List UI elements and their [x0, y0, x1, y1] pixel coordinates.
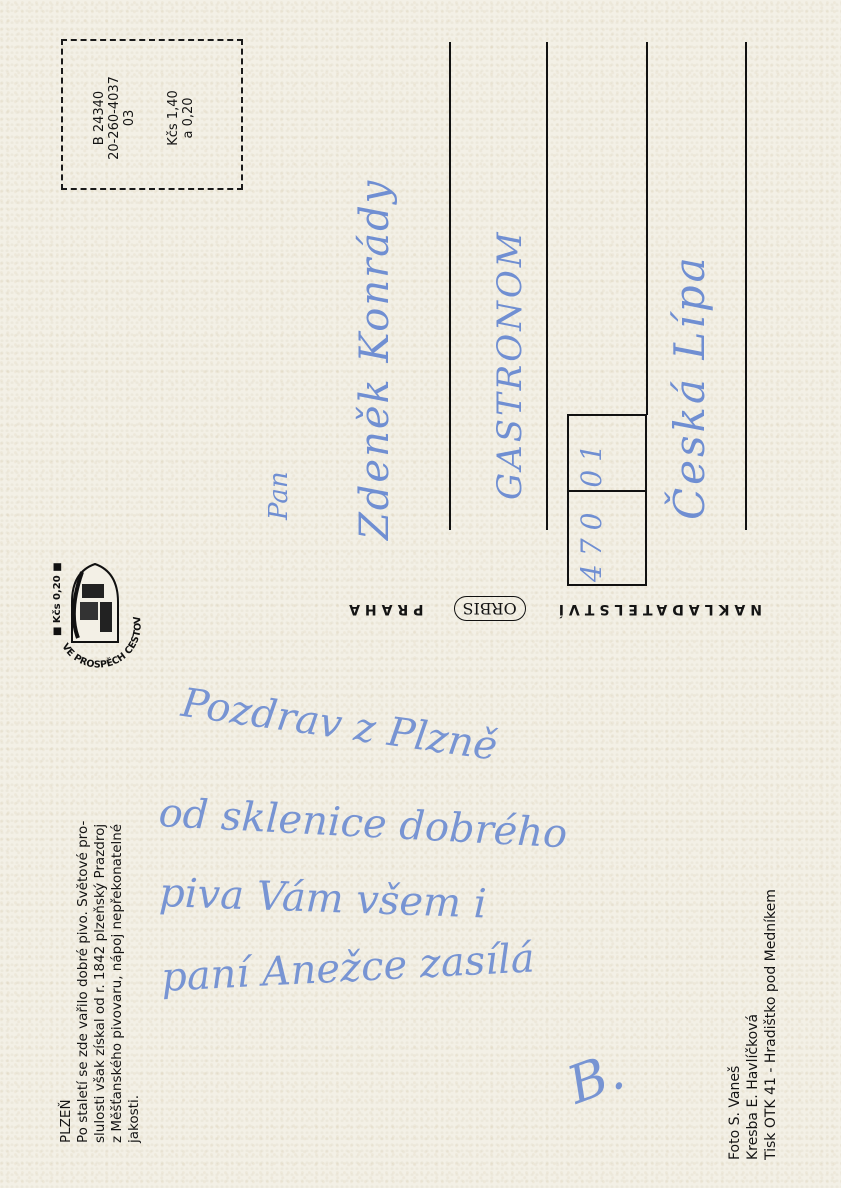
description-line: Po staletí se zde vařilo dobré pivo. Svě… — [75, 821, 92, 1143]
stamp-placeholder-box — [61, 39, 243, 190]
credit-line: Kresba E. Havlíčková — [744, 889, 762, 1160]
publisher-imprint: NAKLADATELSTVÍ ORBIS PRAHA — [282, 593, 762, 625]
address-line-1 — [449, 42, 451, 530]
handwritten-signature: B. — [560, 1041, 632, 1116]
publisher-city: PRAHA — [344, 601, 423, 617]
handwritten-recipient-name: Zdeněk Konrády — [352, 179, 398, 540]
catalog-line: B 24340 — [92, 58, 107, 178]
orbis-logo: ORBIS — [454, 597, 526, 622]
stamp-price-info: Kčs 1,40 a 0,20 — [166, 68, 196, 168]
postcard-description: PLZEŇ Po staletí se zde vařilo dobré piv… — [58, 821, 143, 1143]
credit-line: Foto S. Vaneš — [726, 889, 744, 1160]
address-line-3 — [646, 42, 648, 415]
address-line-2 — [546, 42, 548, 530]
handwritten-message-line: od sklenice dobrého — [158, 790, 569, 857]
handwritten-recipient-title: Pan — [264, 471, 294, 520]
catalog-line: 20-260-4037 — [107, 58, 122, 178]
handwritten-organization: GASTRONOM — [490, 229, 530, 500]
credit-line: Tisk OTK 41 - Hradištko pod Medníkem — [762, 889, 780, 1160]
handwritten-city: Česká Lípa — [665, 254, 714, 520]
address-line-4 — [745, 42, 747, 530]
description-title: PLZEŇ — [58, 821, 75, 1143]
print-credits: Foto S. Vaneš Kresba E. Havlíčková Tisk … — [726, 889, 780, 1160]
handwritten-message-line: paní Anežce zasílá — [160, 935, 536, 1000]
stamp-catalog-info: B 24340 20-260-4037 03 — [92, 58, 137, 178]
price-line: Kčs 1,40 — [166, 68, 181, 168]
emblem-price: ■ Kčs 0,20 ■ — [51, 562, 63, 636]
catalog-line: 03 — [122, 58, 137, 178]
description-line: slulosti však získal od r. 1842 plzeňský… — [92, 821, 109, 1143]
handwritten-message-line: Pozdrav z Plzně — [179, 680, 501, 770]
handwritten-message-line: piva Vám všem i — [158, 870, 487, 927]
castle-illustration-icon: ■ Kčs 0,20 ■ VE PROSPĚCH CESTOVNÍHO RUCH… — [42, 548, 148, 672]
description-line: z Měšťanského pivovaru, nápoj nepřekonat… — [109, 821, 126, 1143]
handwritten-postal-code: 470 01 — [575, 436, 608, 582]
description-line: jakosti. — [126, 821, 143, 1143]
tourism-stamp-emblem: ■ Kčs 0,20 ■ VE PROSPĚCH CESTOVNÍHO RUCH… — [42, 548, 148, 672]
publisher-name: NAKLADATELSTVÍ — [554, 601, 762, 617]
price-line: a 0,20 — [181, 68, 196, 168]
